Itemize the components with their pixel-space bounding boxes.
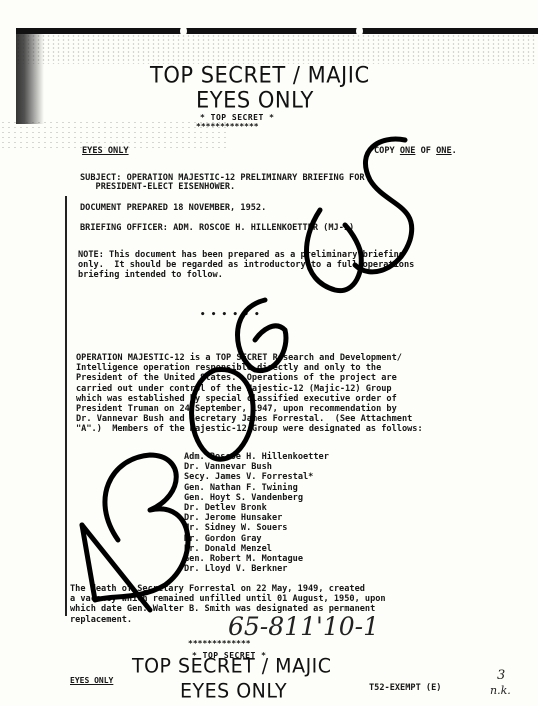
copy-prefix: COPY — [374, 146, 400, 156]
member-item: Dr. Lloyd V. Berkner — [184, 564, 329, 574]
subject-line-2: PRESIDENT-ELECT EISENHOWER. — [80, 182, 235, 192]
closing-line: The death of Secretary Forrestal on 22 M… — [70, 584, 386, 594]
copy-of: OF — [415, 146, 436, 156]
scan-noise — [16, 34, 536, 64]
member-item: Gen. Robert M. Montague — [184, 554, 329, 564]
exemption-code: T52-EXEMPT (E) — [369, 683, 441, 693]
classification-stamp-bottom-line2: EYES ONLY — [180, 679, 287, 702]
member-item: Dr. Jerome Hunsaker — [184, 513, 329, 523]
scan-shadow-left — [16, 34, 44, 124]
star-row-top: ************* — [196, 122, 259, 131]
scanned-document-page: TOP SECRET / MAJIC EYES ONLY * TOP SECRE… — [0, 0, 538, 706]
body-line: President of the United States. Operatio… — [76, 373, 423, 383]
member-item: Mr. Gordon Gray — [184, 534, 329, 544]
note-paragraph: NOTE: This document has been prepared as… — [78, 250, 414, 281]
copy-number: COPY ONE OF ONE. — [374, 146, 457, 156]
member-item: Mr. Sidney W. Souers — [184, 523, 329, 533]
copy-suffix: . — [452, 146, 457, 156]
scrawl-letter-b — [82, 455, 188, 600]
copy-one: ONE — [400, 146, 416, 156]
closing-line: a vacancy which remained unfilled until … — [70, 594, 386, 604]
member-item: Dr. Detlev Bronk — [184, 503, 329, 513]
body-line: carried out under control of the Majesti… — [76, 384, 423, 394]
eyes-only-footer-text: EYES ONLY — [70, 676, 113, 685]
member-item: Gen. Nathan F. Twining — [184, 483, 329, 493]
document-prepared-date: DOCUMENT PREPARED 18 NOVEMBER, 1952. — [80, 203, 266, 213]
member-item: Secy. James V. Forrestal* — [184, 472, 329, 482]
copy-total: ONE — [436, 146, 452, 156]
top-secret-label-top: * TOP SECRET * — [200, 113, 274, 122]
body-line: which was established by special classif… — [76, 394, 423, 404]
body-line: "A".) Members of the Majestic-12 Group w… — [76, 424, 423, 434]
briefing-officer: BRIEFING OFFICER: ADM. ROSCOE H. HILLENK… — [80, 223, 354, 233]
eyes-only-text: EYES ONLY — [82, 146, 129, 156]
body-line: Intelligence operation responsible direc… — [76, 363, 423, 373]
note-line: only. It should be regarded as introduct… — [78, 260, 414, 270]
member-item: Gen. Hoyt S. Vandenberg — [184, 493, 329, 503]
page-mark-initials: n.k. — [490, 684, 511, 697]
eyes-only-footer: EYES ONLY — [70, 676, 113, 686]
classification-stamp-top-line2: EYES ONLY — [196, 87, 314, 112]
classification-stamp-bottom-line1: TOP SECRET / MAJIC — [132, 654, 332, 677]
body-line: OPERATION MAJESTIC-12 is a TOP SECRET Re… — [76, 353, 423, 363]
star-row-bottom: ************* — [188, 639, 251, 648]
body-line: Dr. Vannevar Bush and Secretary James Fo… — [76, 414, 423, 424]
note-line: briefing intended to follow. — [78, 270, 414, 280]
member-item: Adm. Roscoe H. Hillenkoetter — [184, 452, 329, 462]
body-line: President Truman on 24 September, 1947, … — [76, 404, 423, 414]
classification-stamp-top-line1: TOP SECRET / MAJIC — [150, 62, 370, 87]
left-margin-line — [65, 196, 67, 616]
member-item: Dr. Donald Menzel — [184, 544, 329, 554]
members-list: Adm. Roscoe H. Hillenkoetter Dr. Vanneva… — [184, 452, 329, 574]
body-paragraph: OPERATION MAJESTIC-12 is a TOP SECRET Re… — [76, 353, 423, 435]
eyes-only-header: EYES ONLY — [82, 146, 129, 156]
section-separator: • • • • • • — [200, 310, 260, 320]
note-line: NOTE: This document has been prepared as… — [78, 250, 414, 260]
handwritten-file-number: 65-811'10-1 — [228, 612, 379, 641]
member-item: Dr. Vannevar Bush — [184, 462, 329, 472]
page-mark-number: 3 — [497, 668, 505, 683]
